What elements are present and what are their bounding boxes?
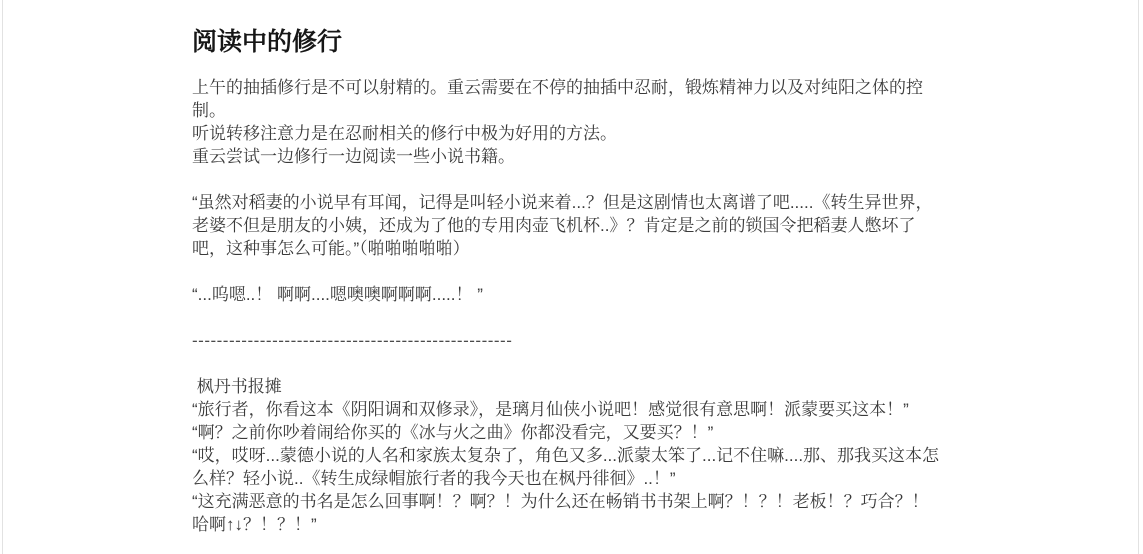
paragraph-paimon-book-pick: “旅行者，你看这本《阴阳调和双修录》，是璃月仙侠小说吧！感觉很有意思啊！派蒙要买… bbox=[192, 398, 944, 421]
paragraph-bookstand-heading: 枫丹书报摊 bbox=[192, 375, 944, 398]
page-title: 阅读中的修行 bbox=[192, 26, 944, 58]
paragraph-reading-attempt: 重云尝试一边修行一边阅读一些小说书籍。 bbox=[192, 145, 944, 168]
paragraph-paimon-excuse: “哎，哎呀...蒙德小说的人名和家族太复杂了，角色又多...派蒙太笨了...记不… bbox=[192, 444, 944, 490]
chapter-content: 阅读中的修行 上午的抽插修行是不可以射精的。重云需要在不停的抽插中忍耐，锻炼精神… bbox=[192, 26, 944, 536]
blank-line bbox=[192, 306, 944, 329]
paragraph-novel-commentary: “虽然对稻妻的小说早有耳闻，记得是叫轻小说来着...？但是这剧情也太离谱了吧..… bbox=[192, 191, 944, 260]
paragraph-traveler-reply: “啊？之前你吵着闹给你买的《冰与火之曲》你都没看完，又要买？！” bbox=[192, 421, 944, 444]
left-border bbox=[2, 0, 3, 554]
blank-line bbox=[192, 352, 944, 375]
paragraph-traveler-shock: “这充满恶意的书名是怎么回事啊！？啊？！为什么还在畅销书书架上啊？！？！老板！？… bbox=[192, 490, 944, 536]
dashed-divider: ----------------------------------------… bbox=[192, 329, 944, 352]
document-page: 阅读中的修行 上午的抽插修行是不可以射精的。重云需要在不停的抽插中忍耐，锻炼精神… bbox=[0, 0, 1143, 554]
blank-line bbox=[192, 260, 944, 283]
right-border bbox=[1138, 0, 1139, 554]
paragraph-distraction-method: 听说转移注意力是在忍耐相关的修行中极为好用的方法。 bbox=[192, 122, 944, 145]
paragraph-practice-intro: 上午的抽插修行是不可以射精的。重云需要在不停的抽插中忍耐，锻炼精神力以及对纯阳之… bbox=[192, 76, 944, 122]
paragraph-moan-line: “...呜嗯..！ 啊啊....嗯噢噢啊啊啊.....！ ” bbox=[192, 283, 944, 306]
blank-line bbox=[192, 168, 944, 191]
